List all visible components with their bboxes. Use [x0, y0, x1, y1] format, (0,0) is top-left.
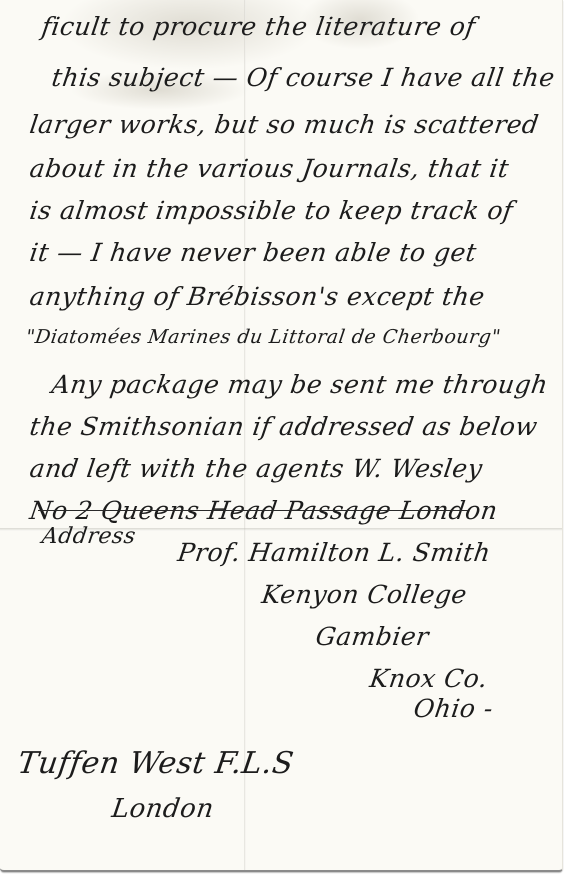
letter-line: "Diatomées Marines du Littoral de Cherbo… — [24, 326, 502, 348]
letter-line: it — I have never been able to get — [28, 238, 479, 267]
letter-line: Any package may be sent me through — [50, 370, 550, 399]
address-line: Kenyon College — [260, 580, 469, 609]
letter-line: larger works, but so much is scattered — [28, 110, 541, 139]
letter-line: is almost impossible to keep track of — [28, 196, 515, 225]
underline-rule — [38, 510, 468, 511]
letter-line: ficult to procure the literature of — [40, 12, 477, 41]
letter-line: the Smithsonian if addressed as below — [28, 412, 540, 441]
letter-line: and left with the agents W. Wesley — [28, 454, 484, 483]
recipient-line: London — [110, 794, 216, 824]
address-label: Address — [40, 524, 137, 549]
address-line: Prof. Hamilton L. Smith — [176, 538, 493, 567]
letter-page: ficult to procure the literature of this… — [0, 0, 563, 872]
letter-line: this subject — Of course I have all the — [50, 63, 557, 92]
address-line: Ohio - — [412, 694, 495, 723]
recipient-line: Tuffen West F.L.S — [16, 746, 296, 781]
letter-line: anything of Brébisson's except the — [28, 282, 487, 311]
letter-line: about in the various Journals, that it — [28, 154, 511, 183]
address-line: Gambier — [314, 622, 431, 651]
address-line: Knox Co. — [368, 664, 490, 693]
